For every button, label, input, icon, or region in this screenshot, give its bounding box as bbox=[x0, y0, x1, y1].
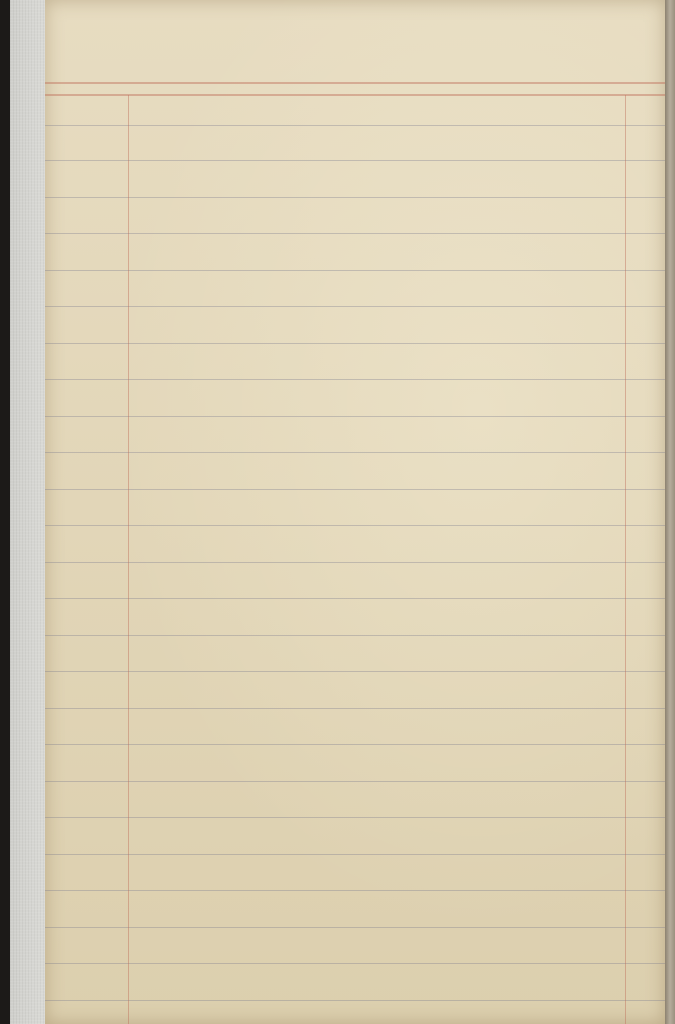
ruled-line bbox=[45, 671, 665, 672]
ruled-line bbox=[45, 635, 665, 636]
book-binding bbox=[0, 0, 10, 1024]
ruled-line bbox=[45, 197, 665, 198]
ruled-line bbox=[45, 744, 665, 745]
ruled-line bbox=[45, 1000, 665, 1001]
ruled-line bbox=[45, 927, 665, 928]
ruled-line bbox=[45, 963, 665, 964]
ruled-line bbox=[45, 817, 665, 818]
ruled-line bbox=[45, 270, 665, 271]
ruled-line bbox=[45, 233, 665, 234]
page-edge bbox=[665, 0, 675, 1024]
binding-tape bbox=[10, 0, 45, 1024]
ruled-line bbox=[45, 562, 665, 563]
header-rule bbox=[45, 94, 665, 96]
ruled-line bbox=[45, 343, 665, 344]
ruled-line bbox=[45, 598, 665, 599]
ruled-line bbox=[45, 452, 665, 453]
ruled-line bbox=[45, 525, 665, 526]
ruled-line bbox=[45, 416, 665, 417]
ruled-line bbox=[45, 890, 665, 891]
ruled-line bbox=[45, 489, 665, 490]
right-margin-line bbox=[625, 95, 626, 1024]
ruled-line bbox=[45, 160, 665, 161]
manuscript-page bbox=[45, 0, 665, 1024]
left-margin-line bbox=[128, 95, 129, 1024]
ruled-line bbox=[45, 125, 665, 126]
ruled-line bbox=[45, 306, 665, 307]
ruled-line bbox=[45, 379, 665, 380]
header-rule bbox=[45, 82, 665, 84]
margin-pencil-note bbox=[48, 30, 78, 240]
ruled-line bbox=[45, 854, 665, 855]
ruled-line bbox=[45, 781, 665, 782]
ruled-line bbox=[45, 708, 665, 709]
